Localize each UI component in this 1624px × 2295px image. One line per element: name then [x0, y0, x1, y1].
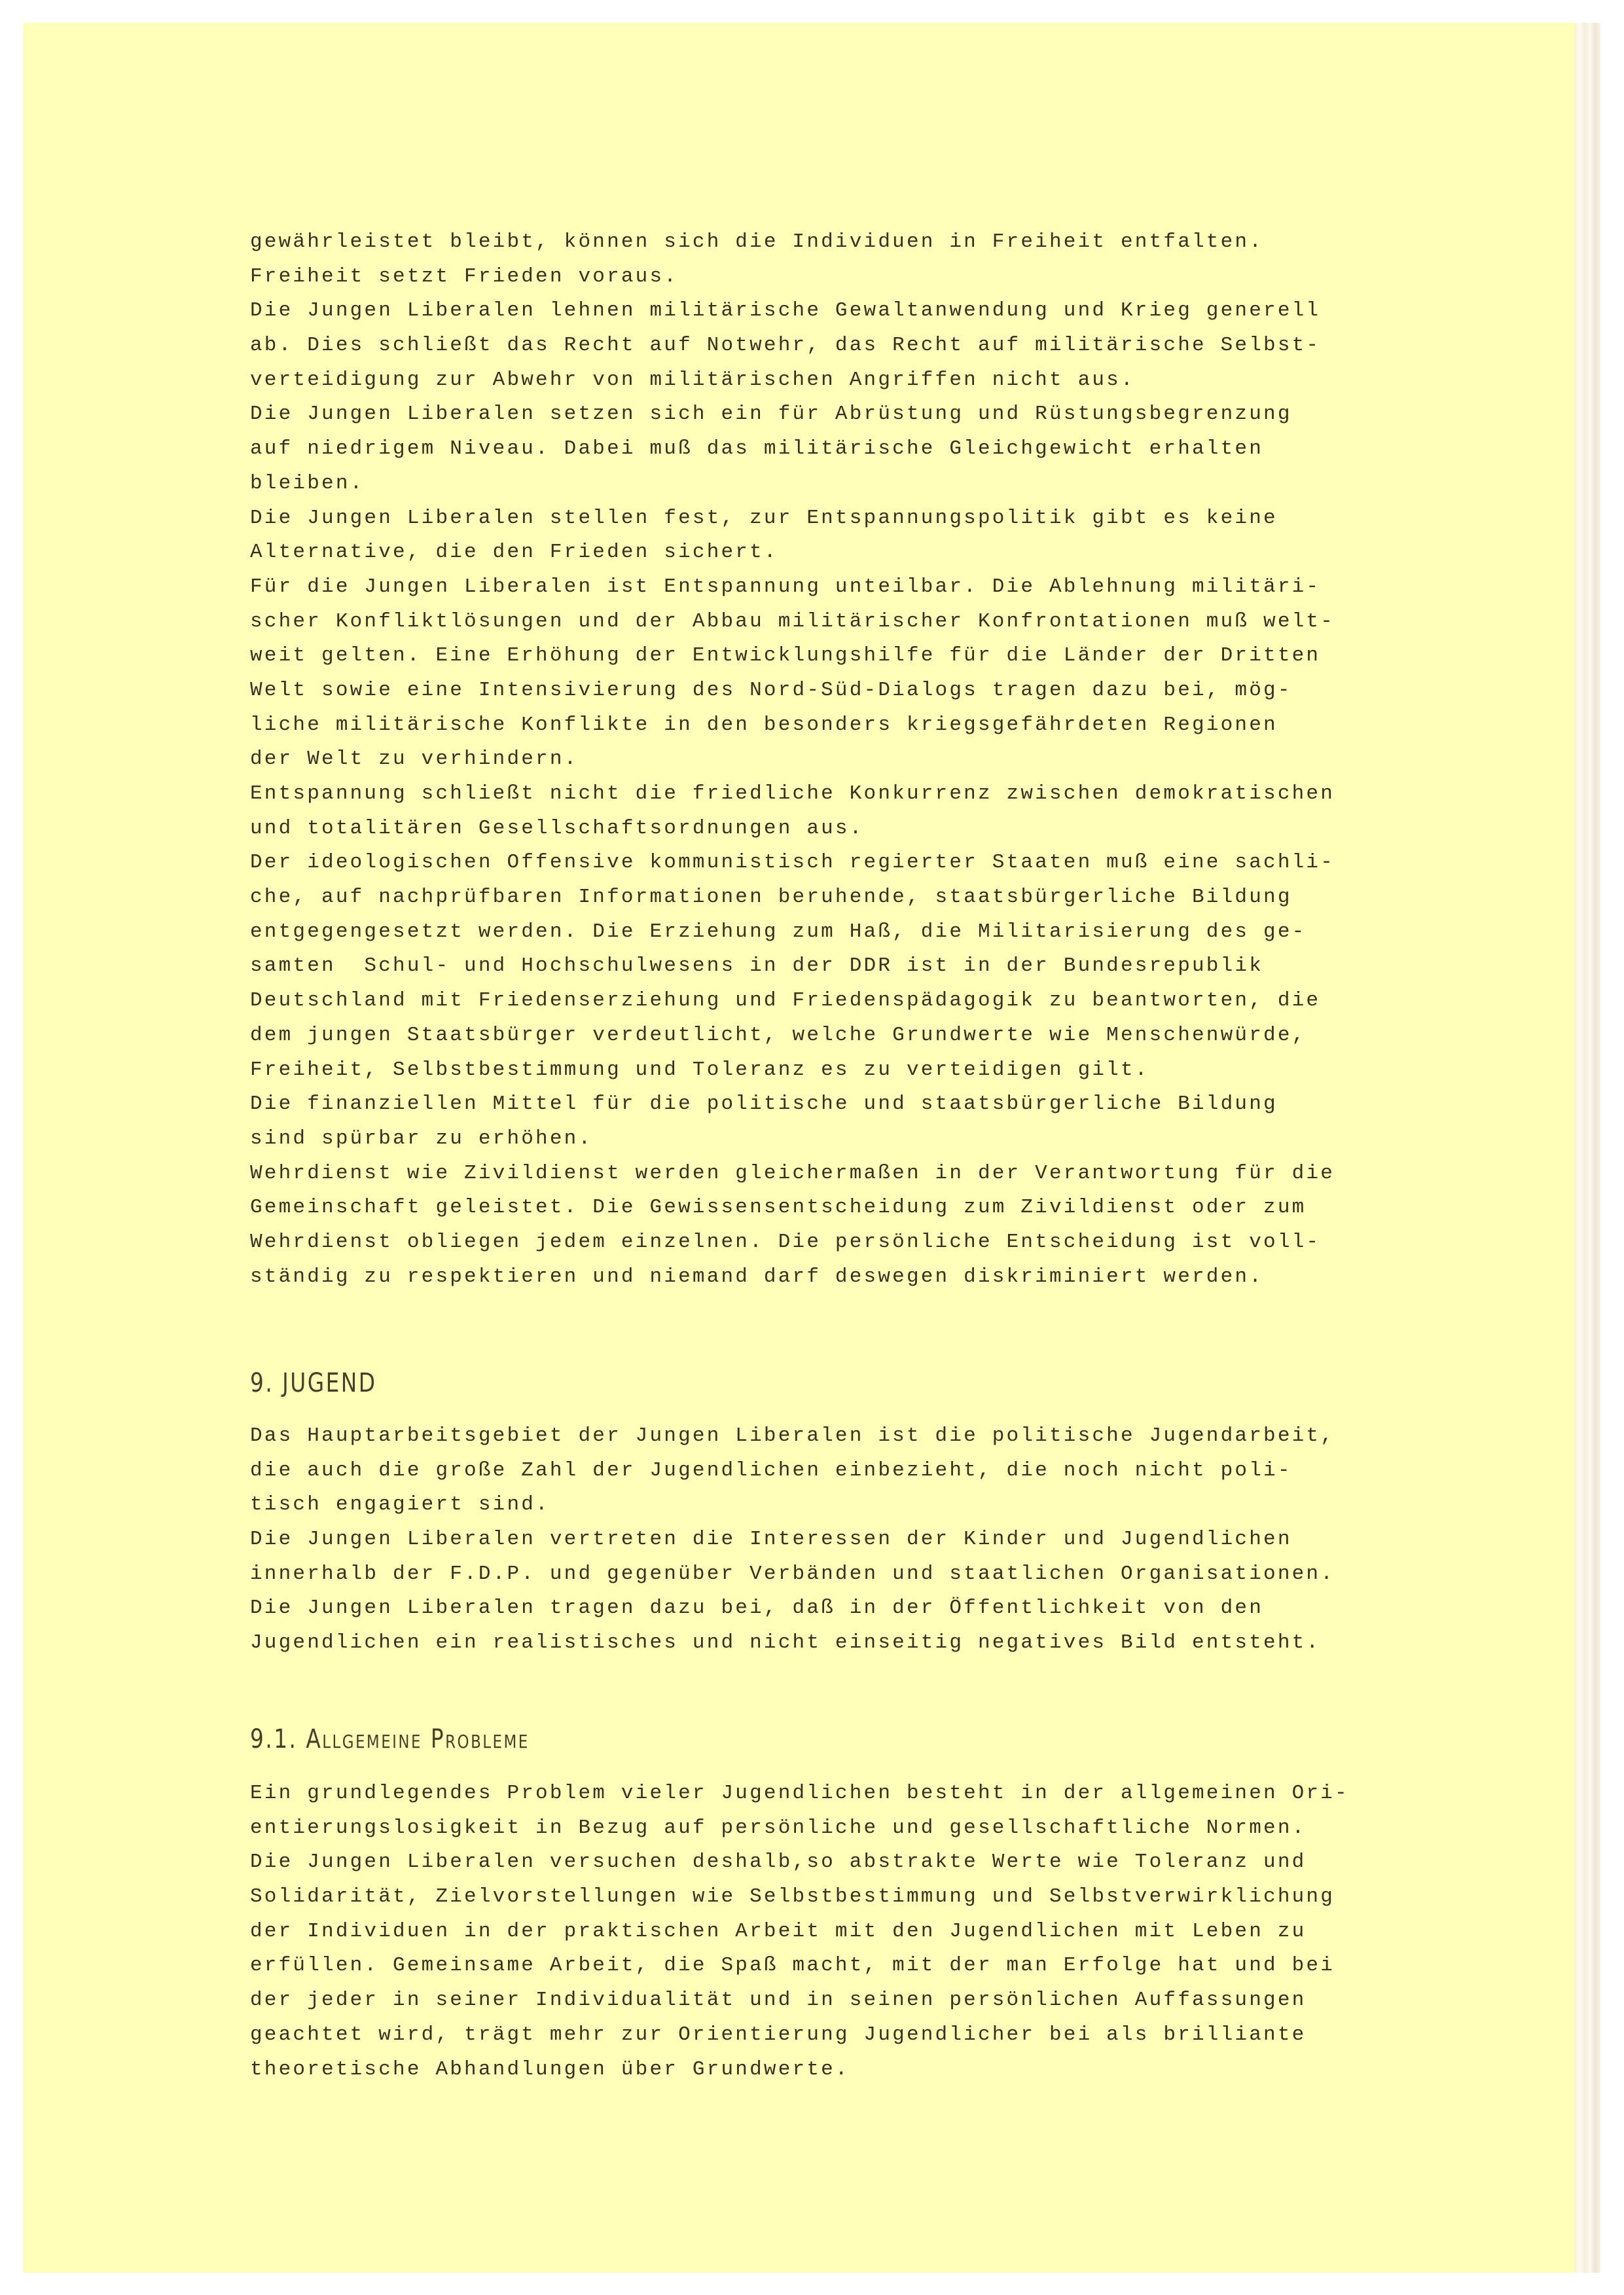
text-line: Entspannung schließt nicht die friedlich…	[250, 777, 1363, 812]
text-line: bleiben.	[250, 467, 1363, 501]
text-line: Die Jungen Liberalen stellen fest, zur E…	[250, 501, 1363, 536]
text-line: scher Konfliktlösungen und der Abbau mil…	[250, 605, 1363, 640]
text-line: Der ideologischen Offensive kommunistisc…	[250, 846, 1363, 880]
text-line: Die Jungen Liberalen tragen dazu bei, da…	[250, 1591, 1363, 1626]
section-heading-jugend: 9. JUGEND	[250, 1368, 376, 1398]
text-line: Die Jungen Liberalen vertreten die Inter…	[250, 1523, 1363, 1557]
body-text-allgemeine-probleme: Ein grundlegendes Problem vieler Jugendl…	[250, 1777, 1363, 2087]
body-text-jugend: Das Hauptarbeitsgebiet der Jungen Libera…	[250, 1419, 1363, 1661]
text-line: der jeder in seiner Individualität und i…	[250, 1983, 1363, 2018]
text-line: Freiheit, Selbstbestimmung und Toleranz …	[250, 1053, 1363, 1088]
text-line: Die Jungen Liberalen setzen sich ein für…	[250, 397, 1363, 432]
text-line: gewährleistet bleibt, können sich die In…	[250, 225, 1363, 260]
text-line: Freiheit setzt Frieden voraus.	[250, 260, 1363, 295]
text-line: Wehrdienst wie Zivildienst werden gleich…	[250, 1157, 1363, 1191]
text-line: Die finanziellen Mittel für die politisc…	[250, 1087, 1363, 1122]
text-line: und totalitären Gesellschaftsordnungen a…	[250, 812, 1363, 846]
text-line: Das Hauptarbeitsgebiet der Jungen Libera…	[250, 1419, 1363, 1454]
text-line: che, auf nachprüfbaren Informationen ber…	[250, 880, 1363, 915]
text-line: Alternative, die den Frieden sichert.	[250, 535, 1363, 570]
text-line: die auch die große Zahl der Jugendlichen…	[250, 1454, 1363, 1489]
text-line: weit gelten. Eine Erhöhung der Entwicklu…	[250, 639, 1363, 674]
text-line: Die Jungen Liberalen versuchen deshalb,s…	[250, 1845, 1363, 1880]
text-line: dem jungen Staatsbürger verdeutlicht, we…	[250, 1019, 1363, 1053]
text-line: entgegengesetzt werden. Die Erziehung zu…	[250, 915, 1363, 950]
text-line: Die Jungen Liberalen lehnen militärische…	[250, 294, 1363, 329]
text-line: der Individuen in der praktischen Arbeit…	[250, 1915, 1363, 1949]
text-line: Für die Jungen Liberalen ist Entspannung…	[250, 570, 1363, 605]
text-line: sind spürbar zu erhöhen.	[250, 1122, 1363, 1157]
body-text-continuation: gewährleistet bleibt, können sich die In…	[250, 225, 1363, 1294]
text-line: Wehrdienst obliegen jedem einzelnen. Die…	[250, 1225, 1363, 1260]
text-line: ständig zu respektieren und niemand darf…	[250, 1260, 1363, 1295]
text-line: theoretische Abhandlungen über Grundwert…	[250, 2053, 1363, 2087]
text-line: Deutschland mit Friedenserziehung und Fr…	[250, 984, 1363, 1019]
text-line: geachtet wird, trägt mehr zur Orientieru…	[250, 2018, 1363, 2053]
text-line: Ein grundlegendes Problem vieler Jugendl…	[250, 1777, 1363, 1811]
section-heading-allgemeine-probleme: 9.1. Allgemeine Probleme	[250, 1724, 530, 1754]
text-line: Jugendlichen ein realistisches und nicht…	[250, 1626, 1363, 1661]
text-line: samten Schul- und Hochschulwesens in der…	[250, 949, 1363, 984]
text-line: erfüllen. Gemeinsame Arbeit, die Spaß ma…	[250, 1949, 1363, 1983]
text-line: liche militärische Konflikte in den beso…	[250, 708, 1363, 743]
paper-stack-edge	[1574, 23, 1600, 2273]
text-line: innerhalb der F.D.P. und gegenüber Verbä…	[250, 1557, 1363, 1592]
text-line: entierungslosigkeit in Bezug auf persönl…	[250, 1811, 1363, 1846]
text-line: tisch engagiert sind.	[250, 1488, 1363, 1523]
text-line: ab. Dies schließt das Recht auf Notwehr,…	[250, 329, 1363, 363]
text-line: auf niedrigem Niveau. Dabei muß das mili…	[250, 432, 1363, 467]
text-line: der Welt zu verhindern.	[250, 742, 1363, 777]
text-line: Solidarität, Zielvorstellungen wie Selbs…	[250, 1880, 1363, 1915]
text-line: verteidigung zur Abwehr von militärische…	[250, 363, 1363, 398]
text-line: Welt sowie eine Intensivierung des Nord-…	[250, 674, 1363, 708]
text-line: Gemeinschaft geleistet. Die Gewissensent…	[250, 1191, 1363, 1225]
